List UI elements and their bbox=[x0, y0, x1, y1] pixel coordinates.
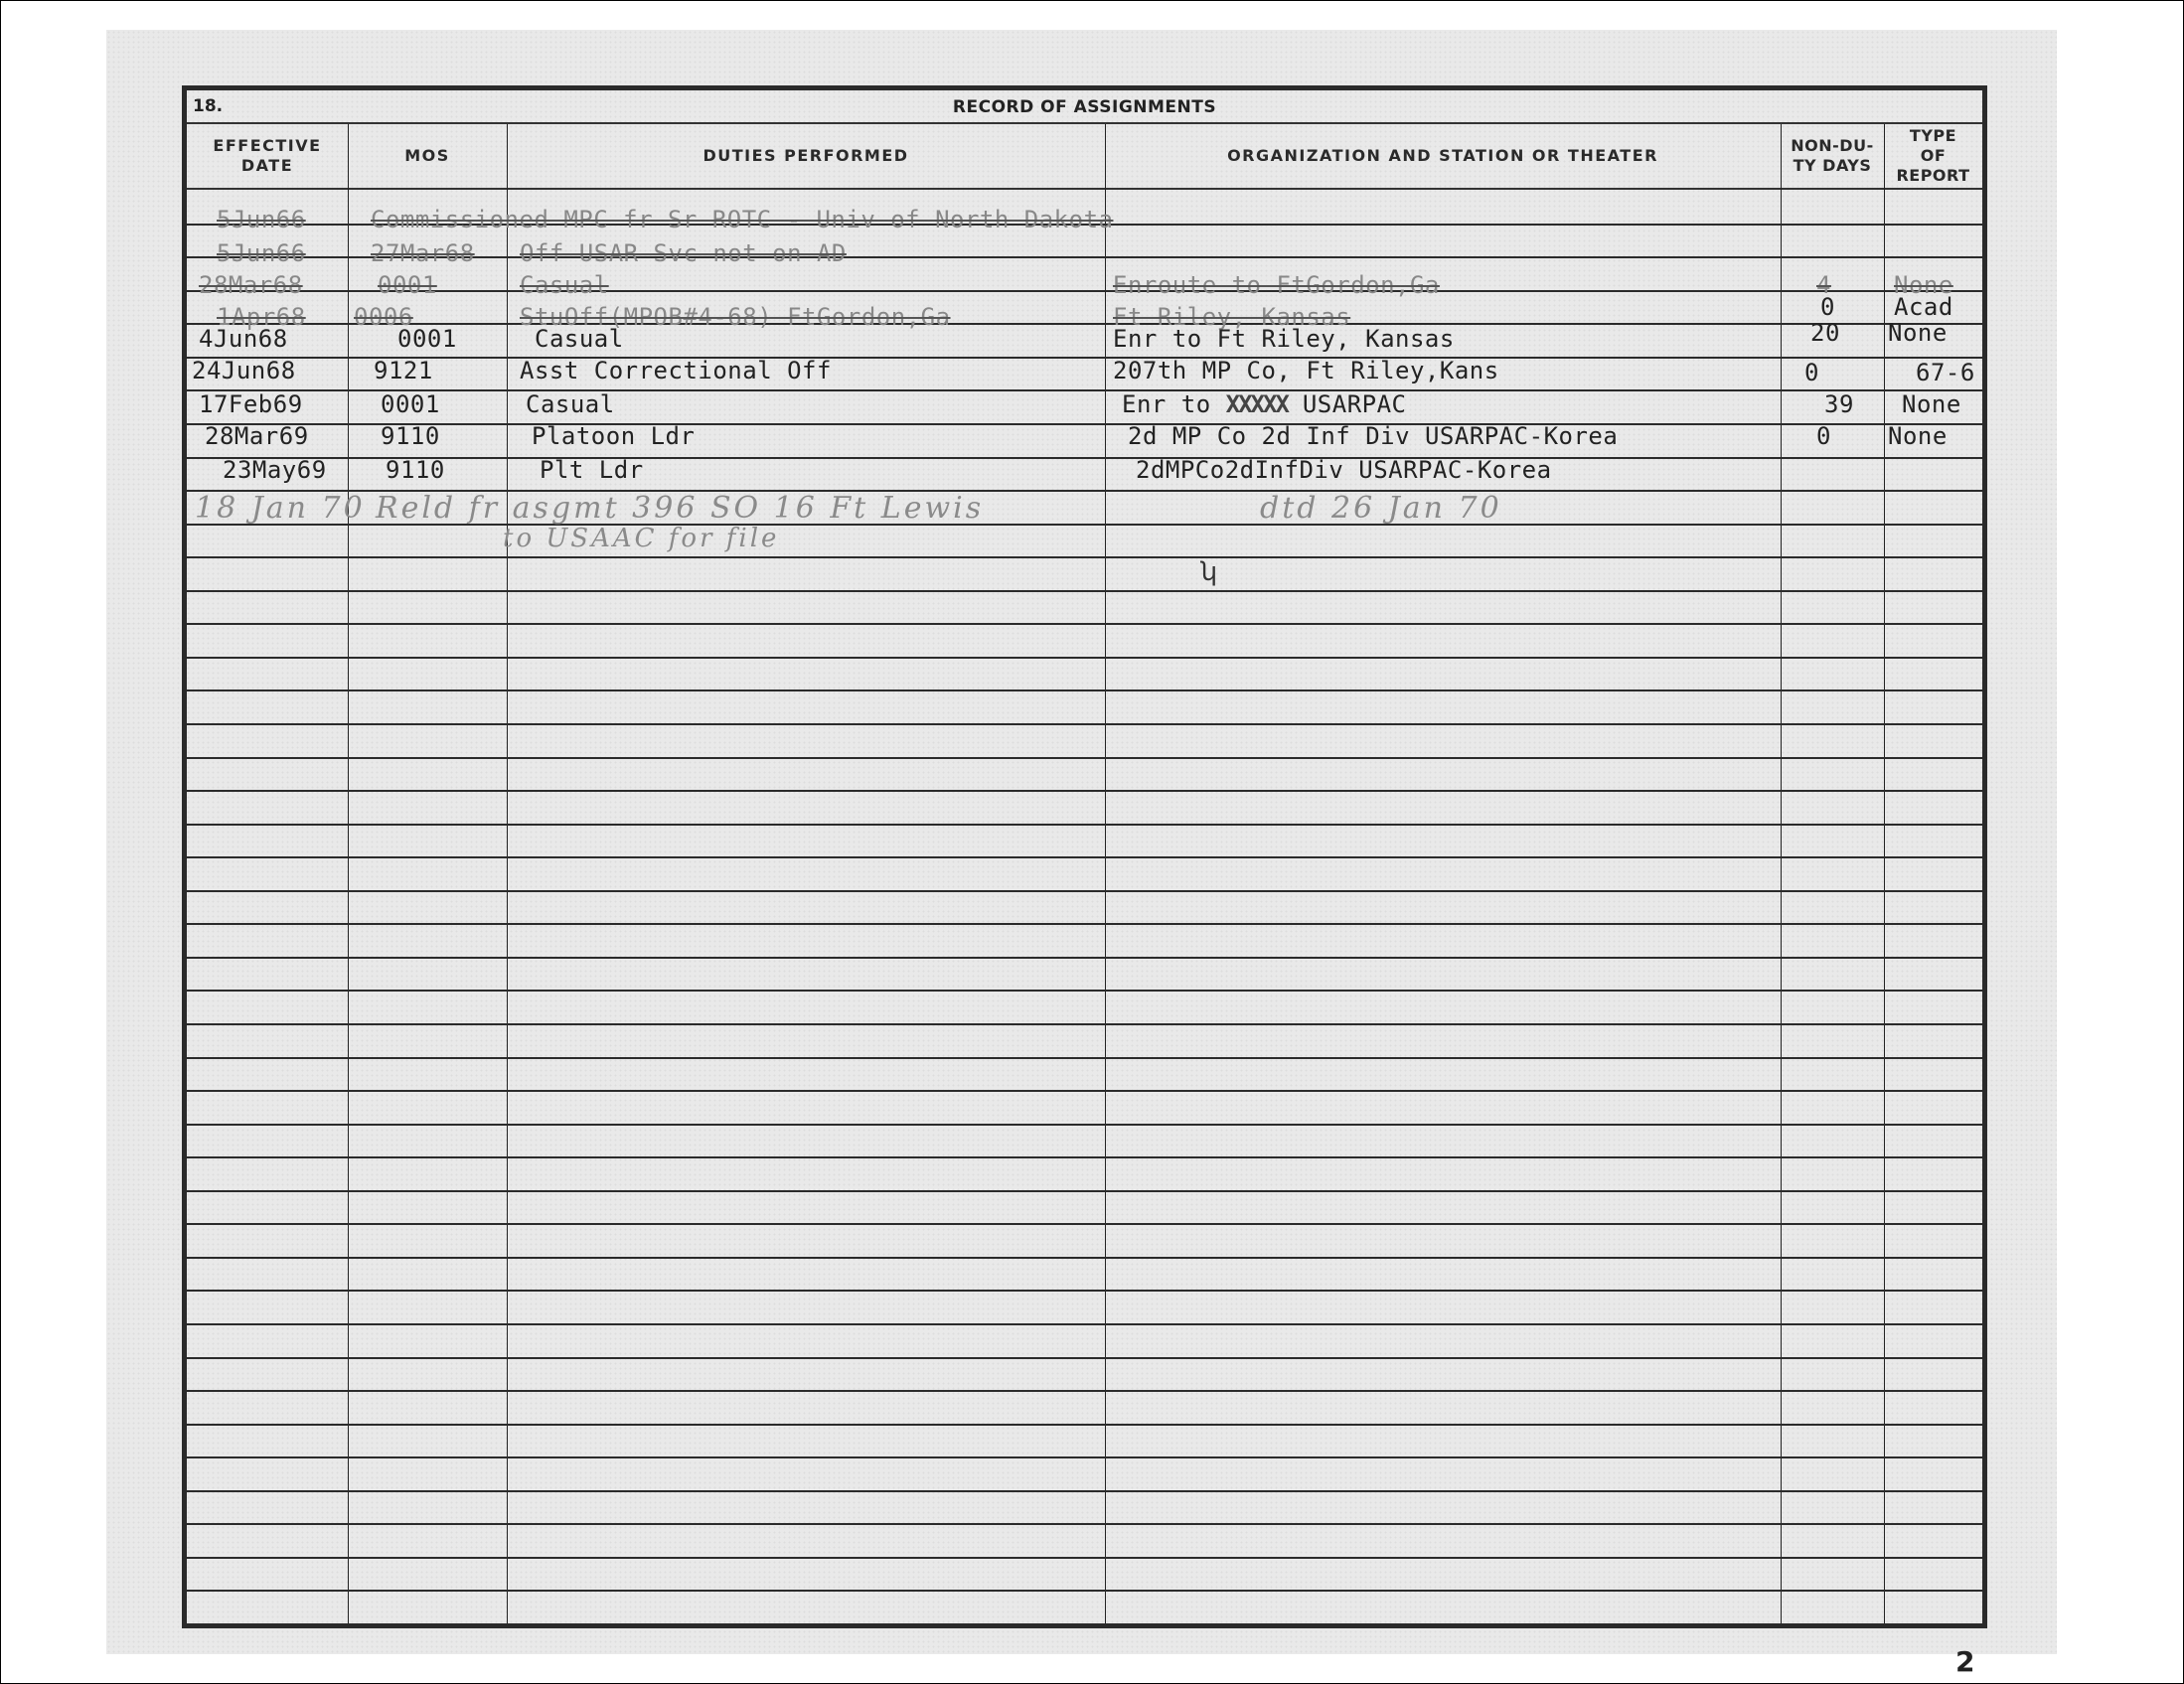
row-rule bbox=[187, 990, 1982, 992]
header-duties-performed: DUTIES PERFORMED bbox=[507, 124, 1105, 190]
column-divider bbox=[1884, 124, 1885, 1623]
row-rule bbox=[187, 1590, 1982, 1592]
row-7-duties: Casual bbox=[526, 390, 615, 418]
row-3-org: Enroute to FtGordon,Ga bbox=[1113, 271, 1440, 299]
row-rule bbox=[187, 1357, 1982, 1359]
row-rule bbox=[187, 357, 1982, 359]
row-rule bbox=[187, 1390, 1982, 1392]
row-rule bbox=[187, 623, 1982, 625]
row-rule bbox=[187, 923, 1982, 925]
row-7-days: 39 bbox=[1824, 390, 1854, 418]
page-number: 2 bbox=[1955, 1645, 1974, 1678]
row-rule bbox=[187, 1523, 1982, 1525]
row-4-days: 0 bbox=[1820, 293, 1835, 321]
row-6-days: 0 bbox=[1804, 359, 1819, 386]
row-5-days: 20 bbox=[1810, 319, 1840, 347]
row-7-org: Enr to XXXXX USARPAC bbox=[1122, 390, 1407, 418]
row-7-org-suffix: USARPAC bbox=[1303, 390, 1407, 418]
row-rule bbox=[187, 1456, 1982, 1458]
row-rule bbox=[187, 1090, 1982, 1092]
row-9-org: 2dMPCo2dInfDiv USARPAC-Korea bbox=[1136, 456, 1552, 484]
row-9-mos: 9110 bbox=[386, 456, 445, 484]
header-non-duty-days: NON-DU-TY DAYS bbox=[1781, 124, 1884, 190]
row-rule bbox=[187, 1023, 1982, 1025]
row-rule bbox=[187, 389, 1982, 391]
row-rule bbox=[187, 824, 1982, 826]
row-rule bbox=[187, 1124, 1982, 1126]
row-7-org-prefix: Enr to bbox=[1122, 390, 1211, 418]
record-of-assignments-table: 18. RECORD OF ASSIGNMENTS EFFECTIVEDATE … bbox=[182, 85, 1987, 1628]
row-rule bbox=[187, 1257, 1982, 1259]
form-title: RECORD OF ASSIGNMENTS bbox=[187, 97, 1982, 117]
header-mos: MOS bbox=[348, 124, 507, 190]
row-5-type: None bbox=[1888, 319, 1948, 347]
row-9-duties: Plt Ldr bbox=[540, 456, 644, 484]
row-rule bbox=[187, 1490, 1982, 1492]
column-divider bbox=[348, 124, 349, 1623]
row-rule bbox=[187, 723, 1982, 725]
row-rule bbox=[187, 1323, 1982, 1325]
row-rule bbox=[187, 1190, 1982, 1192]
row-5-org: Enr to Ft Riley, Kansas bbox=[1113, 325, 1455, 353]
header-label: NON-DU- bbox=[1791, 136, 1873, 156]
row-rule bbox=[187, 957, 1982, 959]
row-1-duties: Commissioned MPC fr Sr ROTC - Univ of No… bbox=[371, 206, 1113, 233]
row-rule bbox=[187, 1557, 1982, 1559]
row-8-org: 2d MP Co 2d Inf Div USARPAC-Korea bbox=[1128, 422, 1618, 450]
stray-ink-mark: ʮ bbox=[1200, 557, 1217, 587]
header-label: DUTIES PERFORMED bbox=[702, 146, 908, 166]
row-rule bbox=[187, 1156, 1982, 1158]
row-8-days: 0 bbox=[1816, 422, 1831, 450]
row-rule bbox=[187, 423, 1982, 425]
header-label: TYPE bbox=[1896, 126, 1969, 146]
header-label: ORGANIZATION AND STATION OR THEATER bbox=[1227, 146, 1658, 166]
row-1-date: 5Jun66 bbox=[217, 206, 306, 233]
header-label: TY DAYS bbox=[1791, 156, 1873, 176]
row-8-duties: Platoon Ldr bbox=[532, 422, 695, 450]
handwritten-note-line1: Reld fr asgmt 396 SO 16 Ft Lewis bbox=[376, 491, 984, 526]
handwritten-date: 18 Jan 70 bbox=[195, 491, 366, 526]
row-7-mos: 0001 bbox=[381, 390, 440, 418]
row-5-date: 4Jun68 bbox=[199, 325, 288, 353]
row-rule bbox=[187, 556, 1982, 558]
row-rule bbox=[187, 457, 1982, 459]
row-5-mos: 0001 bbox=[397, 325, 457, 353]
row-6-mos: 9121 bbox=[374, 357, 433, 384]
row-3-duties: Casual bbox=[520, 271, 609, 299]
row-6-type: 67-6 bbox=[1916, 359, 1975, 386]
header-organization: ORGANIZATION AND STATION OR THEATER bbox=[1105, 124, 1781, 190]
header-type-of-report: TYPEOFREPORT bbox=[1884, 124, 1982, 190]
column-divider bbox=[507, 124, 508, 1623]
row-8-date: 28Mar69 bbox=[205, 422, 309, 450]
row-5-duties: Casual bbox=[535, 325, 624, 353]
header-label: OF bbox=[1896, 146, 1969, 166]
row-4-type: Acad bbox=[1894, 293, 1953, 321]
row-7-org-xout: XXXXX bbox=[1226, 390, 1288, 418]
column-divider bbox=[1105, 124, 1106, 1623]
row-rule bbox=[187, 590, 1982, 592]
header-effective-date: EFFECTIVEDATE bbox=[187, 124, 348, 190]
row-rule bbox=[187, 856, 1982, 858]
column-divider bbox=[1781, 124, 1782, 1623]
header-label: MOS bbox=[404, 146, 450, 166]
row-3-date: 28Mar68 bbox=[199, 271, 303, 299]
row-2-date: 5Jun66 bbox=[217, 239, 306, 267]
header-label: REPORT bbox=[1896, 166, 1969, 186]
title-row: 18. RECORD OF ASSIGNMENTS bbox=[187, 90, 1982, 124]
row-2-duties: Off USAR Svc not on AD bbox=[520, 239, 847, 267]
row-rule bbox=[187, 890, 1982, 892]
header-label: EFFECTIVE bbox=[213, 136, 321, 156]
header-label: DATE bbox=[213, 156, 321, 176]
row-7-type: None bbox=[1902, 390, 1961, 418]
row-rule bbox=[187, 657, 1982, 659]
row-rule bbox=[187, 757, 1982, 759]
handwritten-note-dated: dtd 26 Jan 70 bbox=[1260, 491, 1502, 526]
row-6-org: 207th MP Co, Ft Riley,Kans bbox=[1113, 357, 1499, 384]
row-9-date: 23May69 bbox=[223, 456, 327, 484]
row-rule bbox=[187, 1223, 1982, 1225]
row-rule bbox=[187, 1424, 1982, 1426]
row-2-mos: 27Mar68 bbox=[371, 239, 475, 267]
row-8-mos: 9110 bbox=[381, 422, 440, 450]
row-rule bbox=[187, 1057, 1982, 1059]
row-6-duties: Asst Correctional Off bbox=[520, 357, 832, 384]
row-8-type: None bbox=[1888, 422, 1948, 450]
handwritten-note-line2: to USAAC for file bbox=[503, 524, 779, 553]
row-6-date: 24Jun68 bbox=[192, 357, 296, 384]
row-7-date: 17Feb69 bbox=[199, 390, 303, 418]
row-3-mos: 0001 bbox=[378, 271, 437, 299]
row-rule bbox=[187, 1290, 1982, 1292]
row-rule bbox=[187, 689, 1982, 691]
row-rule bbox=[187, 290, 1982, 292]
row-rule bbox=[187, 790, 1982, 792]
